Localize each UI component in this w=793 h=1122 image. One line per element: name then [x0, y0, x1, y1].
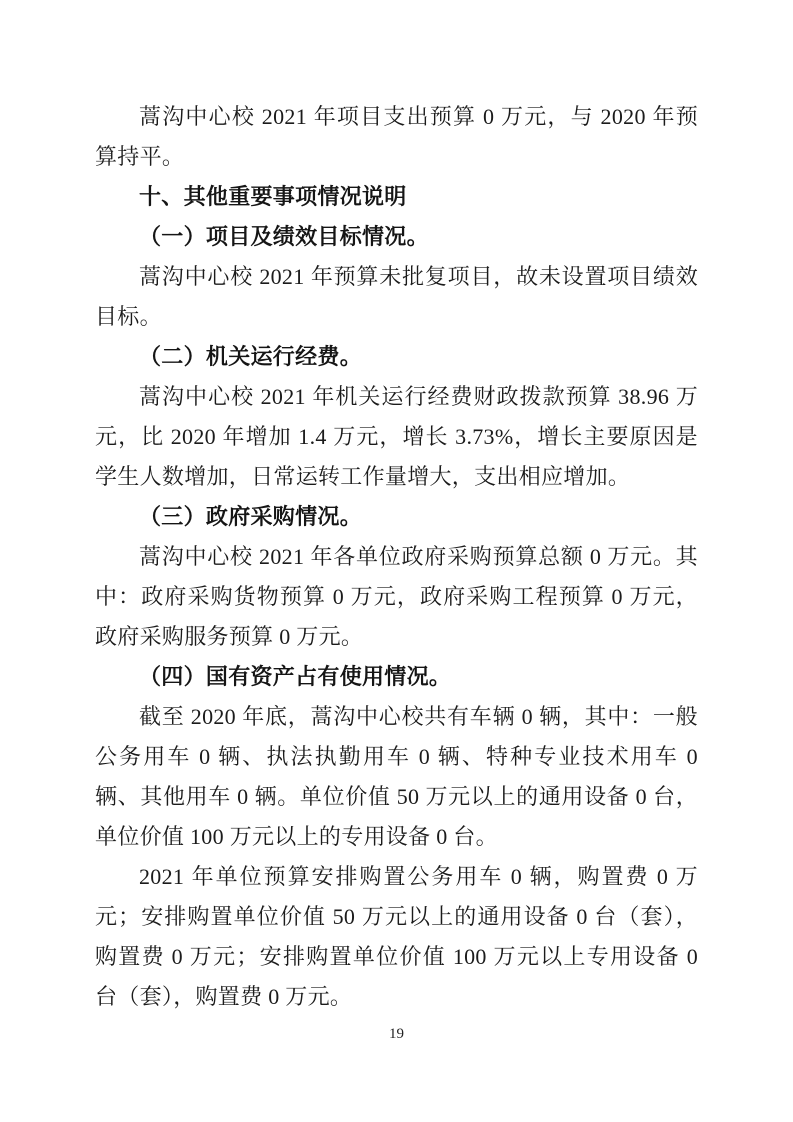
- subsection-heading-3-government-procurement: （三）政府采购情况。: [95, 497, 698, 537]
- paragraph-procurement-detail: 蒿沟中心校 2021 年各单位政府采购预算总额 0 万元。其中：政府采购货物预算…: [95, 537, 698, 657]
- paragraph-project-expenditure: 蒿沟中心校 2021 年项目支出预算 0 万元，与 2020 年预算持平。: [95, 97, 698, 177]
- paragraph-operating-funds-detail: 蒿沟中心校 2021 年机关运行经费财政拨款预算 38.96 万元，比 2020…: [95, 377, 698, 497]
- page-number: 19: [0, 1024, 793, 1044]
- document-body: 蒿沟中心校 2021 年项目支出预算 0 万元，与 2020 年预算持平。十、其…: [95, 97, 698, 1017]
- document-page: 蒿沟中心校 2021 年项目支出预算 0 万元，与 2020 年预算持平。十、其…: [0, 0, 793, 1122]
- subsection-heading-2-agency-operating-funds: （二）机关运行经费。: [95, 337, 698, 377]
- paragraph-no-approved-projects: 蒿沟中心校 2021 年预算未批复项目，故未设置项目绩效目标。: [95, 257, 698, 337]
- section-heading-ten-other-important-matters: 十、其他重要事项情况说明: [95, 177, 698, 217]
- subsection-heading-4-state-owned-assets: （四）国有资产占有使用情况。: [95, 657, 698, 697]
- paragraph-assets-vehicles-detail: 截至 2020 年底，蒿沟中心校共有车辆 0 辆，其中：一般公务用车 0 辆、执…: [95, 697, 698, 857]
- paragraph-planned-purchases-detail: 2021 年单位预算安排购置公务用车 0 辆，购置费 0 万元；安排购置单位价值…: [95, 857, 698, 1017]
- subsection-heading-1-project-performance-goals: （一）项目及绩效目标情况。: [95, 217, 698, 257]
